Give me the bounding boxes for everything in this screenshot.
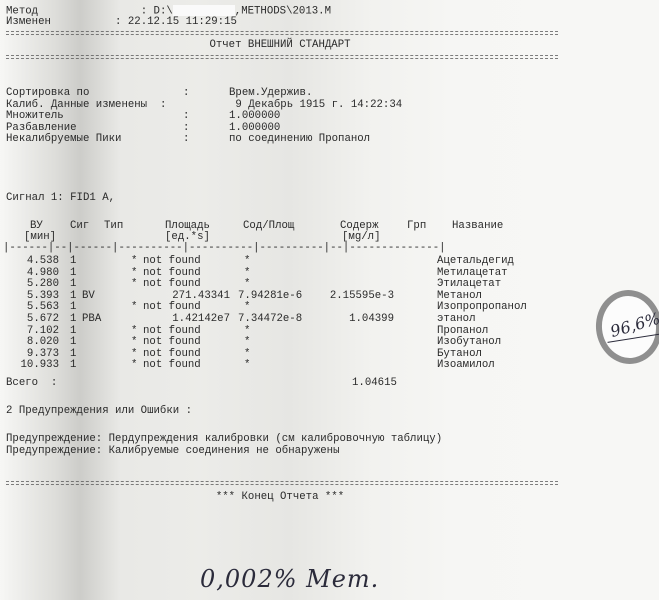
handwritten-note: 0,002% Мет. [200, 565, 379, 593]
cell-flag: * [131, 302, 137, 314]
cell-sig: 1 [70, 360, 76, 372]
setting-label: Сортировка по [6, 88, 89, 100]
cell-flag: * [131, 360, 137, 372]
cell-name: Ацетальдегид [437, 256, 514, 268]
report-page: Метод : D:\,METHODS\2013.M Изменен : 22.… [0, 0, 659, 600]
cell-amt-area: * [244, 256, 250, 268]
setting-colon: : [183, 88, 189, 100]
cell-rt: 4.538 [27, 256, 59, 268]
cell-name: этанол [437, 314, 475, 326]
end-of-report: *** Конец Отчета *** [0, 492, 560, 504]
setting-value: по соединению Пропанол [229, 134, 370, 146]
warnings-header: 2 Предупреждения или Ошибки : [6, 406, 192, 418]
header-grp: Грп [407, 221, 426, 233]
cell-amt-area: 7.34472e-8 [238, 314, 302, 326]
total-value: 1.04615 [352, 378, 397, 390]
cell-amount: 2.15595e-3 [330, 291, 394, 303]
table-row: 4.5381*not found*Ацетальдегид [0, 256, 560, 268]
cell-name: Изоамилол [437, 360, 495, 372]
cell-area: not found [143, 256, 201, 268]
total-label: Всего : [6, 378, 57, 390]
setting-colon: : [183, 134, 189, 146]
warning-1: Предупреждение: Пердупреждения калибровк… [6, 434, 442, 446]
redacted-path [173, 5, 235, 16]
cell-flag: * [131, 279, 137, 291]
header-name: Название [452, 221, 503, 233]
modified-line: Изменен : 22.12.15 11:29:15 [6, 17, 237, 29]
setting-value: Врем.Удержив. [229, 88, 312, 100]
setting-colon: : [160, 100, 166, 112]
table-row: 5.6721PBA1.42142e77.34472e-81.04399этано… [0, 314, 560, 326]
cell-flag: * [131, 256, 137, 268]
setting-label: Некалибруемые Пики [6, 134, 121, 146]
signal-line: Сигнал 1: FID1 A, [6, 193, 115, 205]
header-sig: Сиг [70, 221, 89, 233]
cell-amount: 1.04399 [349, 314, 394, 326]
cell-area: 1.42142e7 [172, 314, 230, 326]
warning-2: Предупреждение: Калибруемые соединения н… [6, 446, 340, 458]
header-amt-area: Сод/Площ [243, 221, 294, 233]
header-type: Тип [104, 221, 123, 233]
table-divider: |------|--|------|----------|----------|… [3, 243, 446, 255]
table-row: 10.9331*not found*Изоамилол [0, 360, 560, 372]
separator-top [6, 31, 558, 35]
cell-type: PBA [82, 314, 101, 326]
cell-amt-area: * [244, 360, 250, 372]
cell-sig: 1 [70, 314, 76, 326]
cell-rt: 10.933 [21, 360, 59, 372]
modified-value: : 22.12.15 11:29:15 [115, 16, 237, 28]
cell-area: not found [143, 360, 201, 372]
separator-title [6, 55, 558, 59]
cell-type: BV [82, 291, 95, 303]
separator-bottom [6, 481, 558, 485]
method-value-suffix: ,METHODS\2013.M [235, 5, 331, 17]
modified-label: Изменен [6, 16, 51, 28]
stamp-text: 96,6% [608, 309, 659, 341]
cell-rt: 5.672 [27, 314, 59, 326]
report-title: Отчет ВНЕШНИЙ СТАНДАРТ [0, 40, 560, 52]
cell-sig: 1 [70, 256, 76, 268]
